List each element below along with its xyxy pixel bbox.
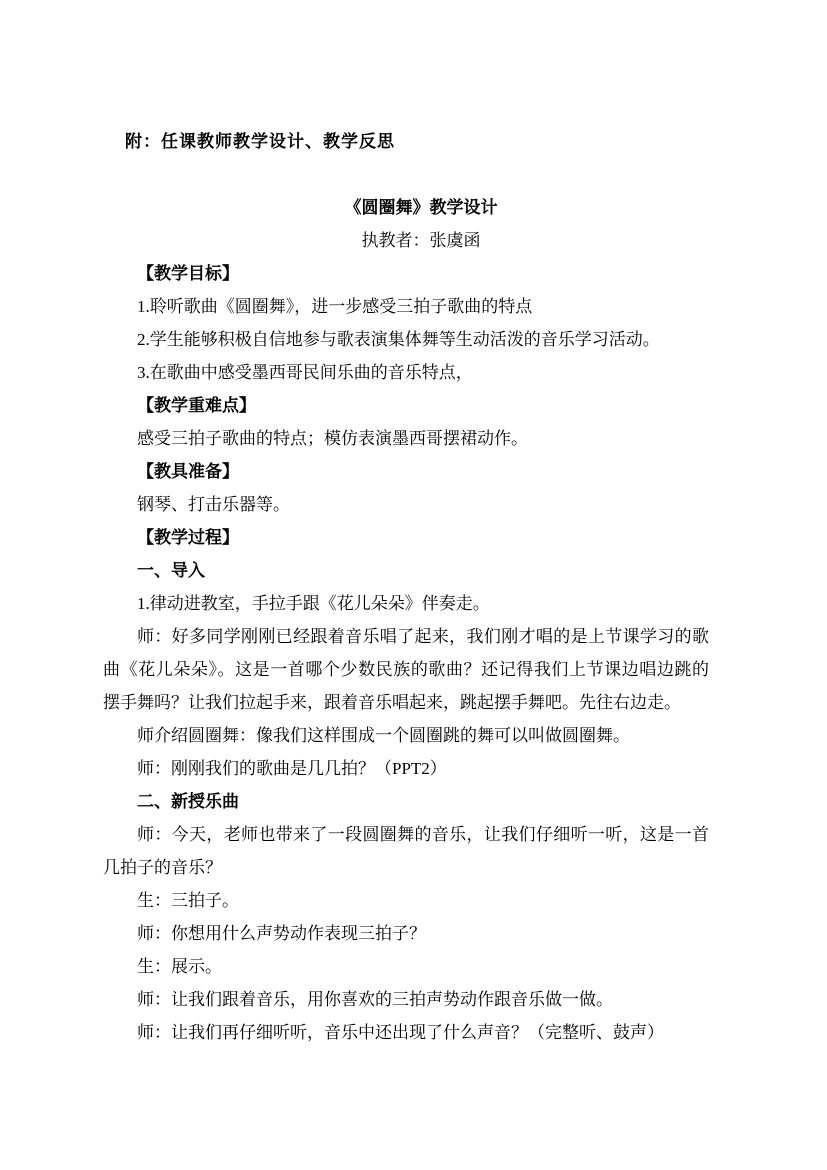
heading-objectives: 【教学目标】 <box>103 257 709 290</box>
heading-teaching-aids-line-1: 【教具准备】 <box>103 455 709 488</box>
student-answer-triple-meter: 生：三拍子。 <box>103 884 709 917</box>
teacher-follow-music-line-1: 师：让我们跟着音乐，用你喜欢的三拍声势动作跟音乐做一做。 <box>103 983 709 1016</box>
objective-3: 3.在歌曲中感受墨西哥民间乐曲的音乐特点， <box>103 356 709 389</box>
teacher-intro-dialogue-line-3: 摆手舞吗？让我们拉起手来，跟着音乐唱起来，跳起摆手舞吧。先往右边走。 <box>103 686 709 719</box>
teacher-new-music-dialogue-line-2: 几拍子的音乐？ <box>103 851 709 884</box>
document-body: 附：任课教师教学设计、教学反思《圆圈舞》教学设计执教者：张虞函【教学目标】1.聆… <box>0 0 827 1049</box>
heading-objectives-line-1: 【教学目标】 <box>103 257 709 290</box>
attachment-note: 附：任课教师教学设计、教学反思 <box>125 125 709 158</box>
document-page: 附：任课教师教学设计、教学反思《圆圈舞》教学设计执教者：张虞函【教学目标】1.聆… <box>0 0 827 1170</box>
objective-2: 2.学生能够积极自信地参与歌表演集体舞等生动活泼的音乐学习活动。 <box>103 323 709 356</box>
heading-key-points-line-1: 【教学重难点】 <box>103 389 709 422</box>
key-points-text: 感受三拍子歌曲的特点；模仿表演墨西哥摆裙动作。 <box>103 422 709 455</box>
teacher-intro-dialogue-line-1: 师：好多同学刚刚已经跟着音乐唱了起来，我们刚才唱的是上节课学习的歌 <box>103 620 709 653</box>
teacher-intro-dialogue-line-2: 曲《花儿朵朵》。这是一首哪个少数民族的歌曲？还记得我们上节课边唱边跳的 <box>103 653 709 686</box>
teacher-follow-music: 师：让我们跟着音乐，用你喜欢的三拍声势动作跟音乐做一做。 <box>103 983 709 1016</box>
teacher-listen-again: 师：让我们再仔细听听，音乐中还出现了什么声音？（完整听、鼓声） <box>103 1016 709 1049</box>
student-answer-triple-meter-line-1: 生：三拍子。 <box>103 884 709 917</box>
doc-title: 《圆圈舞》教学设计 <box>103 191 709 224</box>
spacer-line <box>103 158 709 191</box>
heading-teaching-aids: 【教具准备】 <box>103 455 709 488</box>
teacher-intro-dialogue: 师：好多同学刚刚已经跟着音乐唱了起来，我们刚才唱的是上节课学习的歌曲《花儿朵朵》… <box>103 620 709 719</box>
teacher-question-beat: 师：刚刚我们的歌曲是几几拍？（PPT2） <box>103 752 709 785</box>
objective-1: 1.聆听歌曲《圆圈舞》，进一步感受三拍子歌曲的特点 <box>103 290 709 323</box>
heading-key-points: 【教学重难点】 <box>103 389 709 422</box>
section-1-intro-line-1: 一、导入 <box>103 554 709 587</box>
heading-teaching-process-line-1: 【教学过程】 <box>103 521 709 554</box>
objective-1-line-1: 1.聆听歌曲《圆圈舞》，进一步感受三拍子歌曲的特点 <box>103 290 709 323</box>
attachment-note-line-1: 附：任课教师教学设计、教学反思 <box>125 125 709 158</box>
byline: 执教者：张虞函 <box>103 224 709 257</box>
teacher-question-beat-line-1: 师：刚刚我们的歌曲是几几拍？（PPT2） <box>103 752 709 785</box>
intro-step-1-line-1: 1.律动进教室，手拉手跟《花儿朵朵》伴奏走。 <box>103 587 709 620</box>
section-1-intro: 一、导入 <box>103 554 709 587</box>
doc-title-line-1: 《圆圈舞》教学设计 <box>103 191 709 224</box>
teacher-question-gesture: 师：你想用什么声势动作表现三拍子？ <box>103 917 709 950</box>
section-2-new-music-line-1: 二、新授乐曲 <box>103 785 709 818</box>
byline-line-1: 执教者：张虞函 <box>103 224 709 257</box>
section-2-new-music: 二、新授乐曲 <box>103 785 709 818</box>
intro-step-1: 1.律动进教室，手拉手跟《花儿朵朵》伴奏走。 <box>103 587 709 620</box>
objective-2-line-1: 2.学生能够积极自信地参与歌表演集体舞等生动活泼的音乐学习活动。 <box>103 323 709 356</box>
teacher-question-gesture-line-1: 师：你想用什么声势动作表现三拍子？ <box>103 917 709 950</box>
teacher-new-music-dialogue: 师：今天，老师也带来了一段圆圈舞的音乐，让我们仔细听一听，这是一首几拍子的音乐？ <box>103 818 709 884</box>
teacher-circle-dance-intro-line-1: 师介绍圆圈舞：像我们这样围成一个圆圈跳的舞可以叫做圆圈舞。 <box>103 719 709 752</box>
spacer-line-line-1 <box>103 158 709 191</box>
teacher-new-music-dialogue-line-1: 师：今天，老师也带来了一段圆圈舞的音乐，让我们仔细听一听，这是一首 <box>103 818 709 851</box>
key-points-text-line-1: 感受三拍子歌曲的特点；模仿表演墨西哥摆裙动作。 <box>103 422 709 455</box>
teaching-aids-text-line-1: 钢琴、打击乐器等。 <box>103 488 709 521</box>
teacher-circle-dance-intro: 师介绍圆圈舞：像我们这样围成一个圆圈跳的舞可以叫做圆圈舞。 <box>103 719 709 752</box>
teacher-listen-again-line-1: 师：让我们再仔细听听，音乐中还出现了什么声音？（完整听、鼓声） <box>103 1016 709 1049</box>
student-demonstrate-line-1: 生：展示。 <box>103 950 709 983</box>
heading-teaching-process: 【教学过程】 <box>103 521 709 554</box>
teaching-aids-text: 钢琴、打击乐器等。 <box>103 488 709 521</box>
objective-3-line-1: 3.在歌曲中感受墨西哥民间乐曲的音乐特点， <box>103 356 709 389</box>
student-demonstrate: 生：展示。 <box>103 950 709 983</box>
